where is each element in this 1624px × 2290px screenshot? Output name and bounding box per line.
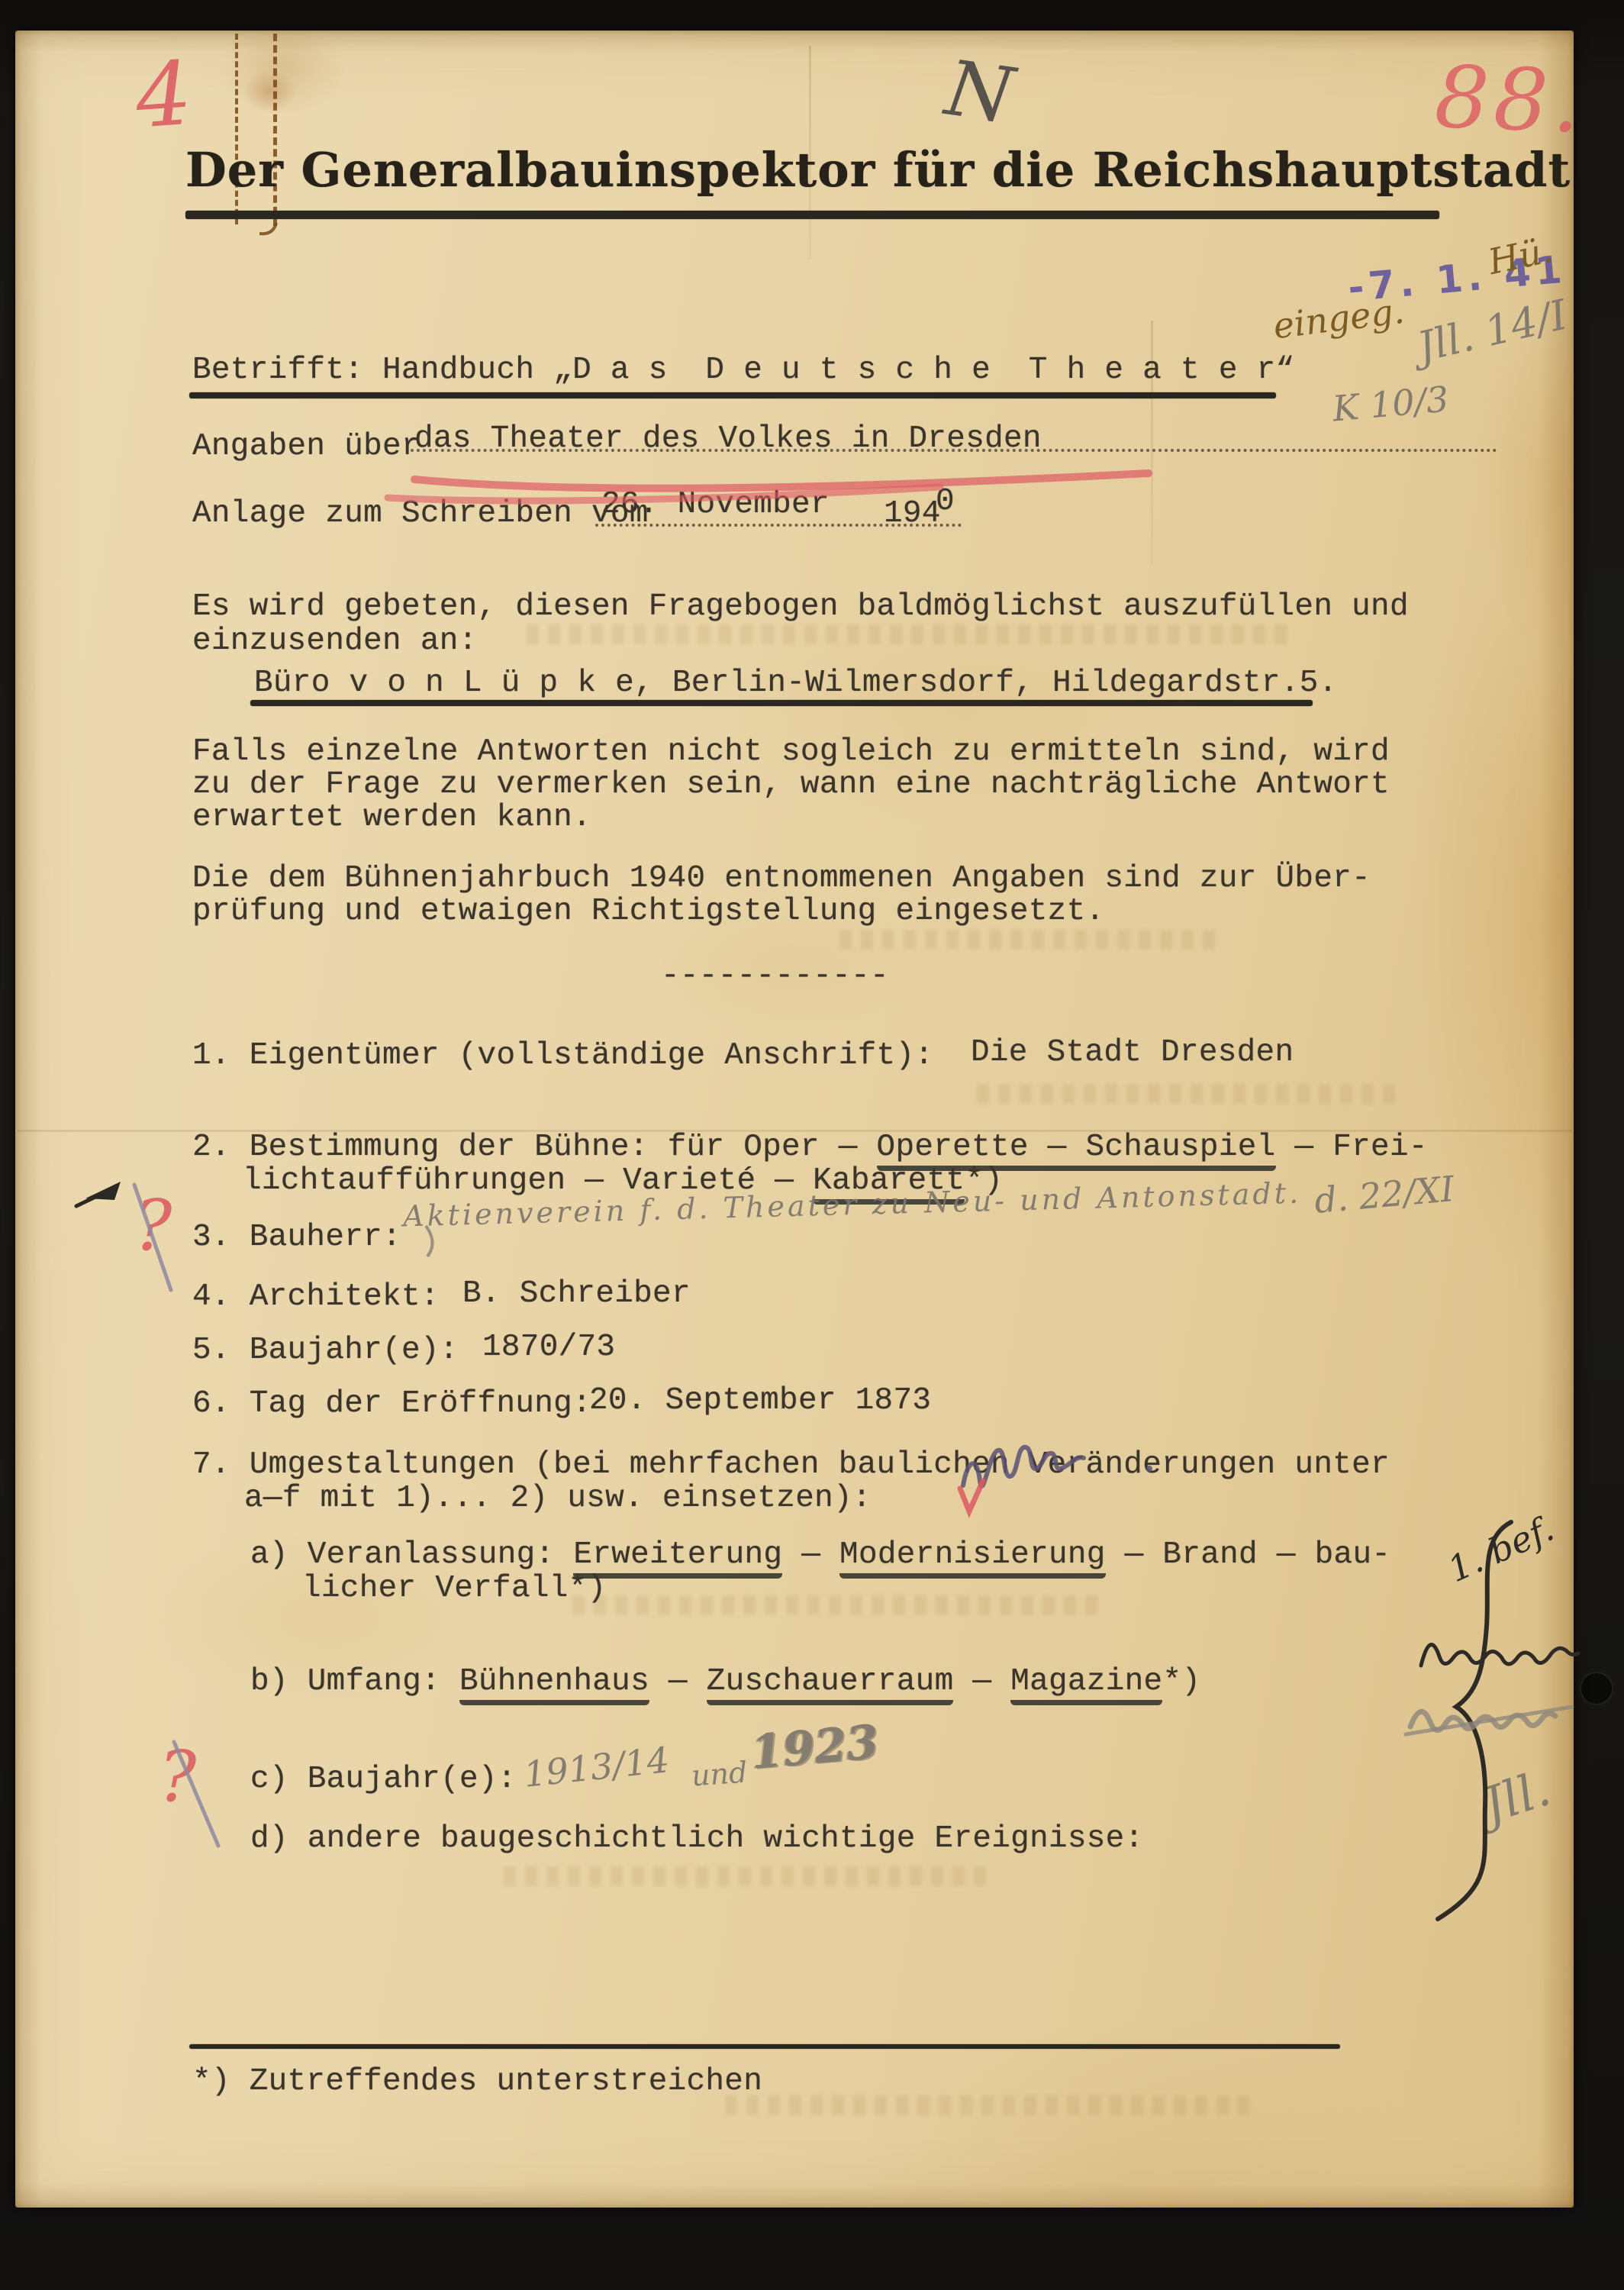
subject-line: Betrifft: Handbuch „D a s D e u t s c h … [192, 353, 1294, 388]
question-7a-line-1: a) Veranlassung: Erweiterung — Modernisi… [250, 1537, 1390, 1572]
q7b-underlined-zuschauerraum: Zuschauerraum [707, 1664, 954, 1705]
question-7b: b) Umfang: Bühnenhaus — Zuschauerraum — … [250, 1664, 1200, 1699]
question-3: 3. Bauherr: [192, 1220, 401, 1255]
paragraph-2-line-2: zu der Frage zu vermerken sein, wann ein… [192, 767, 1390, 802]
paragraph-3-line-2: prüfung und etwaigen Richtigstellung ein… [192, 894, 1104, 929]
scanned-document-page: Der Generalbauinspektor für die Reichsha… [0, 0, 1624, 2290]
footnote-text: *) Zutreffendes unterstreichen [192, 2064, 762, 2099]
q7b-mid1: — [649, 1664, 707, 1699]
pencil-letter-n: N [940, 43, 1019, 140]
letterhead-rule [185, 211, 1439, 219]
subject-label: Betrifft: Handbuch [192, 353, 553, 388]
q7b-underlined-magazine: Magazine [1010, 1664, 1162, 1705]
red-folio-number: 88. [1433, 48, 1587, 153]
paragraph-1-line-2: einzusenden an: [192, 624, 478, 659]
subject-title: „D a s D e u t s c h e T h e a t e r“ [553, 353, 1294, 388]
q7b-pre: b) Umfang: [250, 1664, 459, 1699]
question-7c-answer-years-2: 1923 [749, 1715, 880, 1779]
question-5-answer: 1870/73 [482, 1330, 615, 1365]
question-7a-line-2: licher Verfall*) [302, 1571, 606, 1606]
ink-bleedthrough [572, 1595, 1107, 1615]
q7a-underlined-modernisierung: Modernisierung [839, 1537, 1106, 1579]
q7b-post: *) [1162, 1664, 1200, 1699]
q7b-mid2: — [953, 1664, 1010, 1699]
question-7d: d) andere baugeschichtlich wichtige Erei… [250, 1821, 1144, 1856]
hole-punch [1581, 1673, 1612, 1704]
question-4: 4. Architekt: [192, 1279, 440, 1314]
margin-question-mark-1: ? [134, 1185, 172, 1266]
question-7-line-1: 7. Umgestaltungen (bei mehrfachen baulic… [192, 1447, 1390, 1482]
q7a-pre: a) Veranlassung: [250, 1537, 573, 1572]
ink-bleedthrough [504, 1866, 992, 1886]
question-1: 1. Eigentümer (vollständige Anschrift): [192, 1038, 933, 1073]
ink-bleedthrough [839, 930, 1221, 950]
question-7c: c) Baujahr(e): [250, 1762, 517, 1797]
q7a-mid: — [782, 1537, 839, 1572]
section-divider: ------------ [661, 959, 889, 994]
paragraph-2-line-3: erwartet werden kann. [192, 800, 591, 835]
question-2-line-1: 2. Bestimmung der Bühne: für Oper — Oper… [192, 1130, 1428, 1165]
paragraph-1-line-1: Es wird gebeten, diesen Fragebogen baldm… [192, 589, 1409, 624]
ink-bleedthrough [977, 1084, 1404, 1104]
ink-bleedthrough [725, 2095, 1259, 2115]
footnote-rule [189, 2044, 1340, 2049]
question-6: 6. Tag der Eröffnung: [192, 1386, 591, 1421]
q7a-post: — Brand — bau- [1106, 1537, 1391, 1572]
paragraph-2-line-1: Falls einzelne Antworten nicht sogleich … [192, 734, 1390, 769]
red-page-number: 4 [132, 43, 195, 149]
ink-bleedthrough [527, 624, 1290, 644]
anlage-label: Anlage zum Schreiben vom [192, 496, 649, 531]
q2-pre: 2. Bestimmung der Bühne: für Oper — [192, 1130, 877, 1165]
letterhead-title: Der Generalbauinspektor für die Reichsha… [185, 142, 1571, 198]
subject-underline [189, 392, 1276, 398]
paragraph-3-line-1: Die dem Bühnenjahrbuch 1940 entnommenen … [192, 861, 1371, 896]
address-underline [250, 700, 1313, 706]
question-1-answer: Die Stadt Dresden [971, 1035, 1294, 1070]
question-5: 5. Baujahr(e): [192, 1333, 459, 1368]
anlage-dotted-line [595, 495, 962, 527]
q7b-underlined-buehnenhaus: Bühnenhaus [459, 1664, 649, 1705]
q2-post: — Frei- [1276, 1130, 1428, 1165]
angaben-dotted-line [411, 418, 1497, 452]
address-line: Büro v o n L ü p k e, Berlin-Wilmersdorf… [254, 666, 1338, 701]
question-7-line-2: a—f mit 1)... 2) usw. einsetzen): [244, 1481, 872, 1516]
question-4-answer: B. Schreiber [462, 1276, 691, 1311]
question-7c-answer-und: und [691, 1755, 749, 1792]
margin-question-mark-2: ? [159, 1736, 196, 1817]
angaben-label: Angaben über [192, 429, 420, 464]
question-6-answer: 20. September 1873 [589, 1383, 931, 1418]
